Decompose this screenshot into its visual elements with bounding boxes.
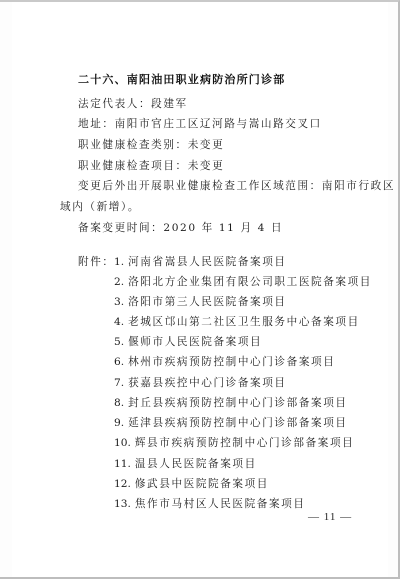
attachment-item: 1.河南省嵩县人民医院备案项目 xyxy=(114,254,287,269)
attachment-item: 4.老城区邙山第二社区卫生服务中心备案项目 xyxy=(114,314,360,329)
attachments-label: 附件： xyxy=(78,254,115,269)
exam-items: 职业健康检查项目：未变更 xyxy=(78,158,224,173)
attachment-item: 9.延津县疾病预防控制中心门诊部备案项目 xyxy=(114,415,348,430)
attachment-item: 11.温县人民医院备案项目 xyxy=(114,456,257,471)
scope-line-2: 域内（新增）。 xyxy=(60,199,140,214)
exam-category: 职业健康检查类别：未变更 xyxy=(78,137,224,152)
page-number: — 11 — xyxy=(308,511,352,523)
attachment-item: 2.洛阳北方企业集团有限公司职工医院备案项目 xyxy=(114,274,372,289)
scope-line-1: 变更后外出开展职业健康检查工作区域范围：南阳市行政区 xyxy=(78,178,395,193)
document-page: 二十六、南阳油田职业病防治所门诊部 法定代表人：段建军 地址：南阳市官庄工区辽河… xyxy=(12,2,388,577)
attachment-item: 5.偃师市人民医院备案项目 xyxy=(114,334,262,349)
address: 地址：南阳市官庄工区辽河路与嵩山路交叉口 xyxy=(78,116,322,131)
section-title: 二十六、南阳油田职业病防治所门诊部 xyxy=(78,71,285,87)
change-date: 备案变更时间：2020 年 11 月 4 日 xyxy=(78,220,283,235)
attachment-item: 3.洛阳市第三人民医院备案项目 xyxy=(114,294,287,309)
attachment-item: 13.焦作市马村区人民医院备案项目 xyxy=(114,496,306,511)
attachment-item: 10.辉县市疾病预防控制中心门诊部备案项目 xyxy=(114,435,354,450)
attachment-item: 6.林州市疾病预防控制中心门诊备案项目 xyxy=(114,354,335,369)
attachment-item: 12.修武县中医院院备案项目 xyxy=(114,476,269,491)
attachment-item: 7.获嘉县疾控中心门诊备案项目 xyxy=(114,375,287,390)
attachment-item: 8.封丘县疾病预防控制中心门诊部备案项目 xyxy=(114,395,348,410)
legal-representative: 法定代表人：段建军 xyxy=(78,96,188,111)
